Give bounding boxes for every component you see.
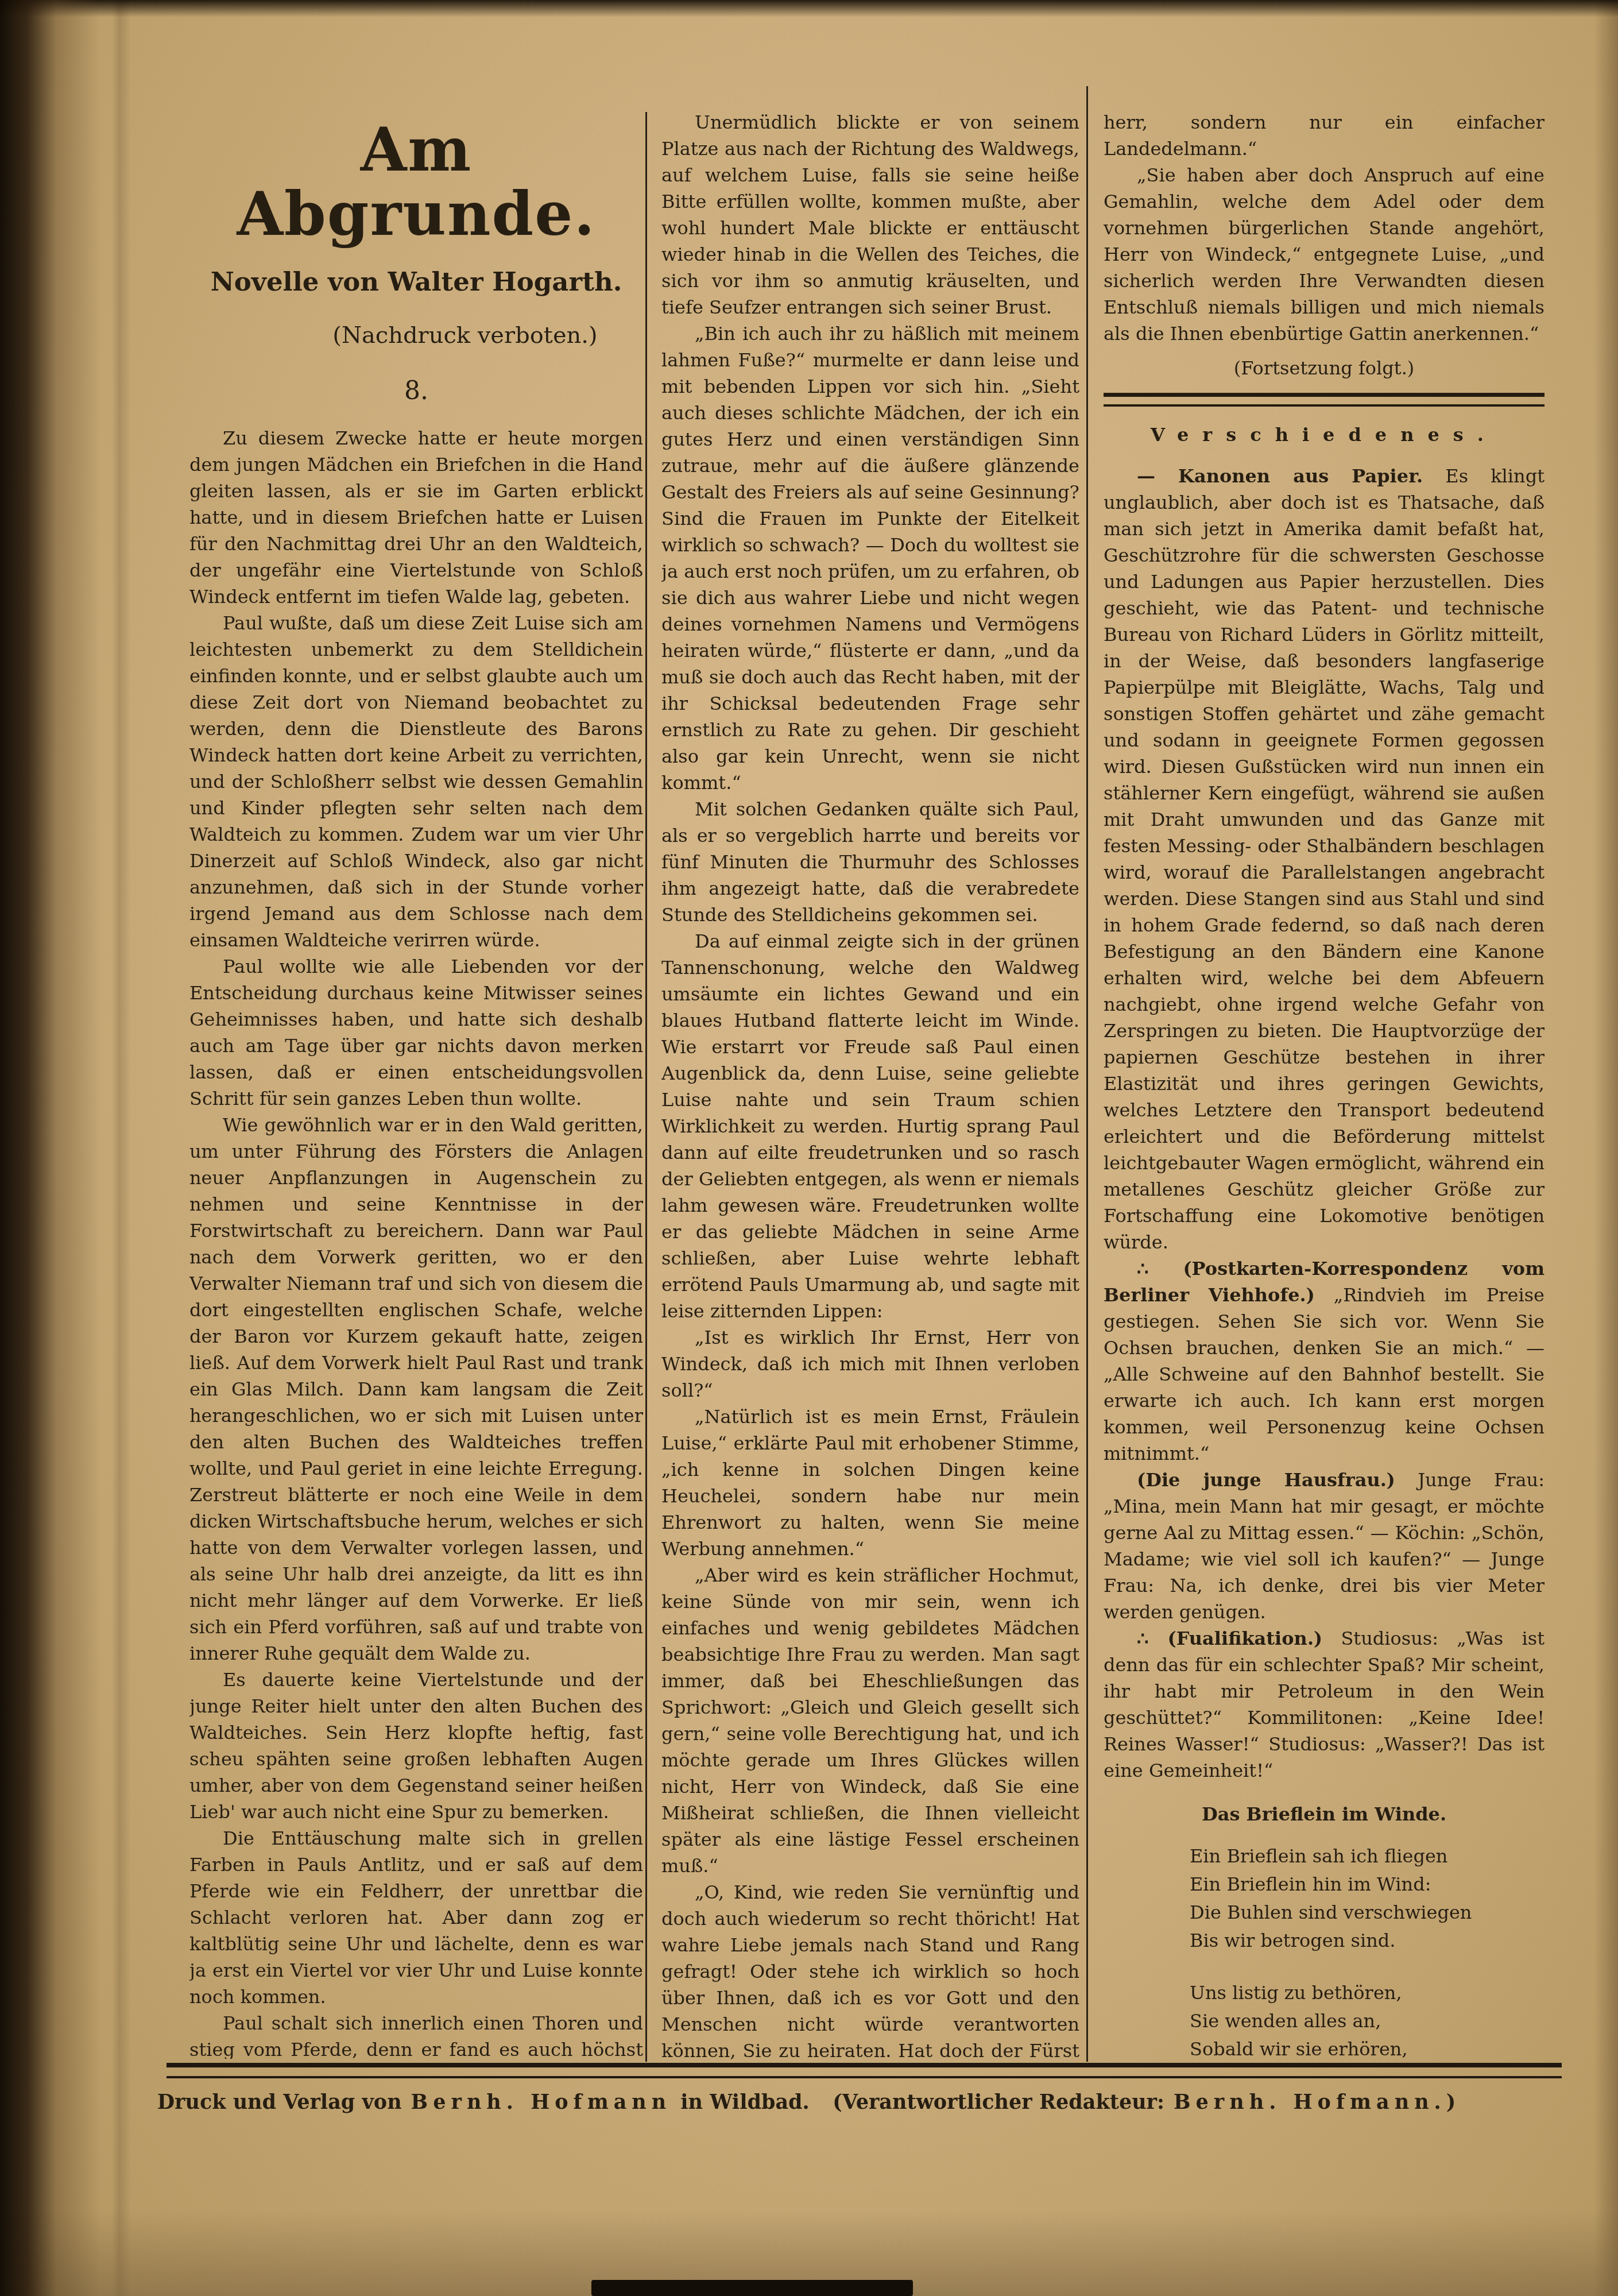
misc-item: — Kanonen aus Papier. Es klingt unglaubl… [1104, 463, 1545, 1255]
misc-item-lead: (Die junge Hausfrau.) [1137, 1469, 1395, 1491]
newspaper-page: Am Abgrunde. Novelle von Walter Hogarth.… [0, 0, 1618, 2296]
poem-line: Ein Brieflein sah ich fliegen [1190, 1842, 1545, 1870]
imprint-text: in Wildbad. [680, 2090, 810, 2114]
poem-stanza: Ein Brieflein sah ich fliegen Ein Briefl… [1190, 1842, 1545, 1955]
poem-title: Das Brieflein im Winde. [1104, 1801, 1545, 1827]
poem-line: Bis wir betrogen sind. [1190, 1927, 1545, 1955]
novel-paragraph: Da auf einmal zeigte sich in der grünen … [661, 928, 1079, 1324]
misc-item-text: Studiosus: „Was ist denn das für ein sch… [1104, 1628, 1545, 1781]
novel-subtitle: Novelle von Walter Hogarth. [189, 266, 643, 297]
novel-paragraph: „Aber wird es kein sträflicher Hochmut, … [661, 1562, 1079, 1879]
reprint-notice: (Nachdruck verboten.) [189, 322, 643, 349]
editor-name: Bernh. Hofmann.) [1174, 2090, 1461, 2114]
column-divider [1086, 86, 1088, 2062]
poem-line: Sie wenden alles an, [1190, 2007, 1545, 2035]
column-left: Am Abgrunde. Novelle von Walter Hogarth.… [189, 118, 643, 2059]
novel-paragraph: herr, sondern nur ein einfacher Landedel… [1104, 109, 1545, 162]
misc-item-lead: ∴ (Fualifikation.) [1137, 1628, 1322, 1649]
novel-paragraph: Paul wollte wie alle Liebenden vor der E… [189, 953, 643, 1112]
poem-line: Die Buhlen sind verschwiegen [1190, 1899, 1545, 1927]
poem-line: Sobald wir sie erhören, [1190, 2035, 1545, 2061]
misc-item: ∴ (Fualifikation.) Studiosus: „Was ist d… [1104, 1625, 1545, 1784]
misc-item-text: Junge Frau: „Mina, mein Mann hat mir ges… [1104, 1469, 1545, 1623]
novel-paragraph: Es dauerte keine Viertelstunde und der j… [189, 1667, 643, 1825]
misc-item: (Die junge Hausfrau.) Junge Frau: „Mina,… [1104, 1467, 1545, 1625]
imprint-rule [167, 2063, 1562, 2078]
imprint-text: (Verantwortlicher Redakteur: [833, 2090, 1164, 2114]
scan-edge-artifact [591, 2280, 913, 2296]
section-rule [1104, 393, 1545, 407]
misc-item-lead: — Kanonen aus Papier. [1137, 465, 1423, 487]
column-divider [645, 112, 647, 2062]
novel-paragraph: „Sie haben aber doch Anspruch auf eine G… [1104, 162, 1545, 347]
novel-paragraph: „O, Kind, wie reden Sie vernünftig und d… [661, 1879, 1079, 2061]
novel-paragraph: Die Enttäuschung malte sich in grellen F… [189, 1825, 643, 2010]
publisher-name: Bernh. Hofmann [411, 2090, 672, 2114]
imprint-text: Druck und Verlag von [157, 2090, 402, 2114]
novel-paragraph: „Natürlich ist es mein Ernst, Fräulein L… [661, 1404, 1079, 1562]
novel-paragraph: „Bin ich auch ihr zu häßlich mit meinem … [661, 320, 1079, 796]
imprint-line: Druck und Verlag vonBernh. Hofmannin Wil… [0, 2090, 1618, 2114]
novel-paragraph: Wie gewöhnlich war er in den Wald geritt… [189, 1112, 643, 1667]
poem-line: Ein Brieflein hin im Wind: [1190, 1870, 1545, 1899]
column-right: herr, sondern nur ein einfacher Landedel… [1104, 109, 1545, 2061]
poem-line: Uns listig zu bethören, [1190, 1979, 1545, 2007]
continuation-note: (Fortsetzung folgt.) [1104, 355, 1545, 381]
novel-paragraph: Unermüdlich blickte er von seinem Platze… [661, 109, 1079, 320]
misc-item-text: „Rindvieh im Preise gestiegen. Sehen Sie… [1104, 1284, 1545, 1464]
novel-paragraph: Paul wußte, daß um diese Zeit Luise sich… [189, 610, 643, 953]
column-middle: Unermüdlich blickte er von seinem Platze… [661, 109, 1079, 2061]
misc-section-header: Verschiedenes. [1104, 422, 1545, 448]
novel-paragraph: Paul schalt sich innerlich einen Thoren … [189, 2010, 643, 2059]
misc-item-text: Es klingt unglaublich, aber doch ist es … [1104, 465, 1545, 1253]
novel-paragraph: Zu diesem Zwecke hatte er heute morgen d… [189, 425, 643, 610]
poem-stanza: Uns listig zu bethören, Sie wenden alles… [1190, 1979, 1545, 2061]
novel-paragraph: Mit solchen Gedanken quälte sich Paul, a… [661, 796, 1079, 928]
novel-paragraph: „Ist es wirklich Ihr Ernst, Herr von Win… [661, 1324, 1079, 1404]
misc-item: ∴ (Postkarten-Korrespondenz vom Berliner… [1104, 1255, 1545, 1467]
novel-title: Am Abgrunde. [189, 118, 643, 247]
chapter-number: 8. [189, 376, 643, 405]
